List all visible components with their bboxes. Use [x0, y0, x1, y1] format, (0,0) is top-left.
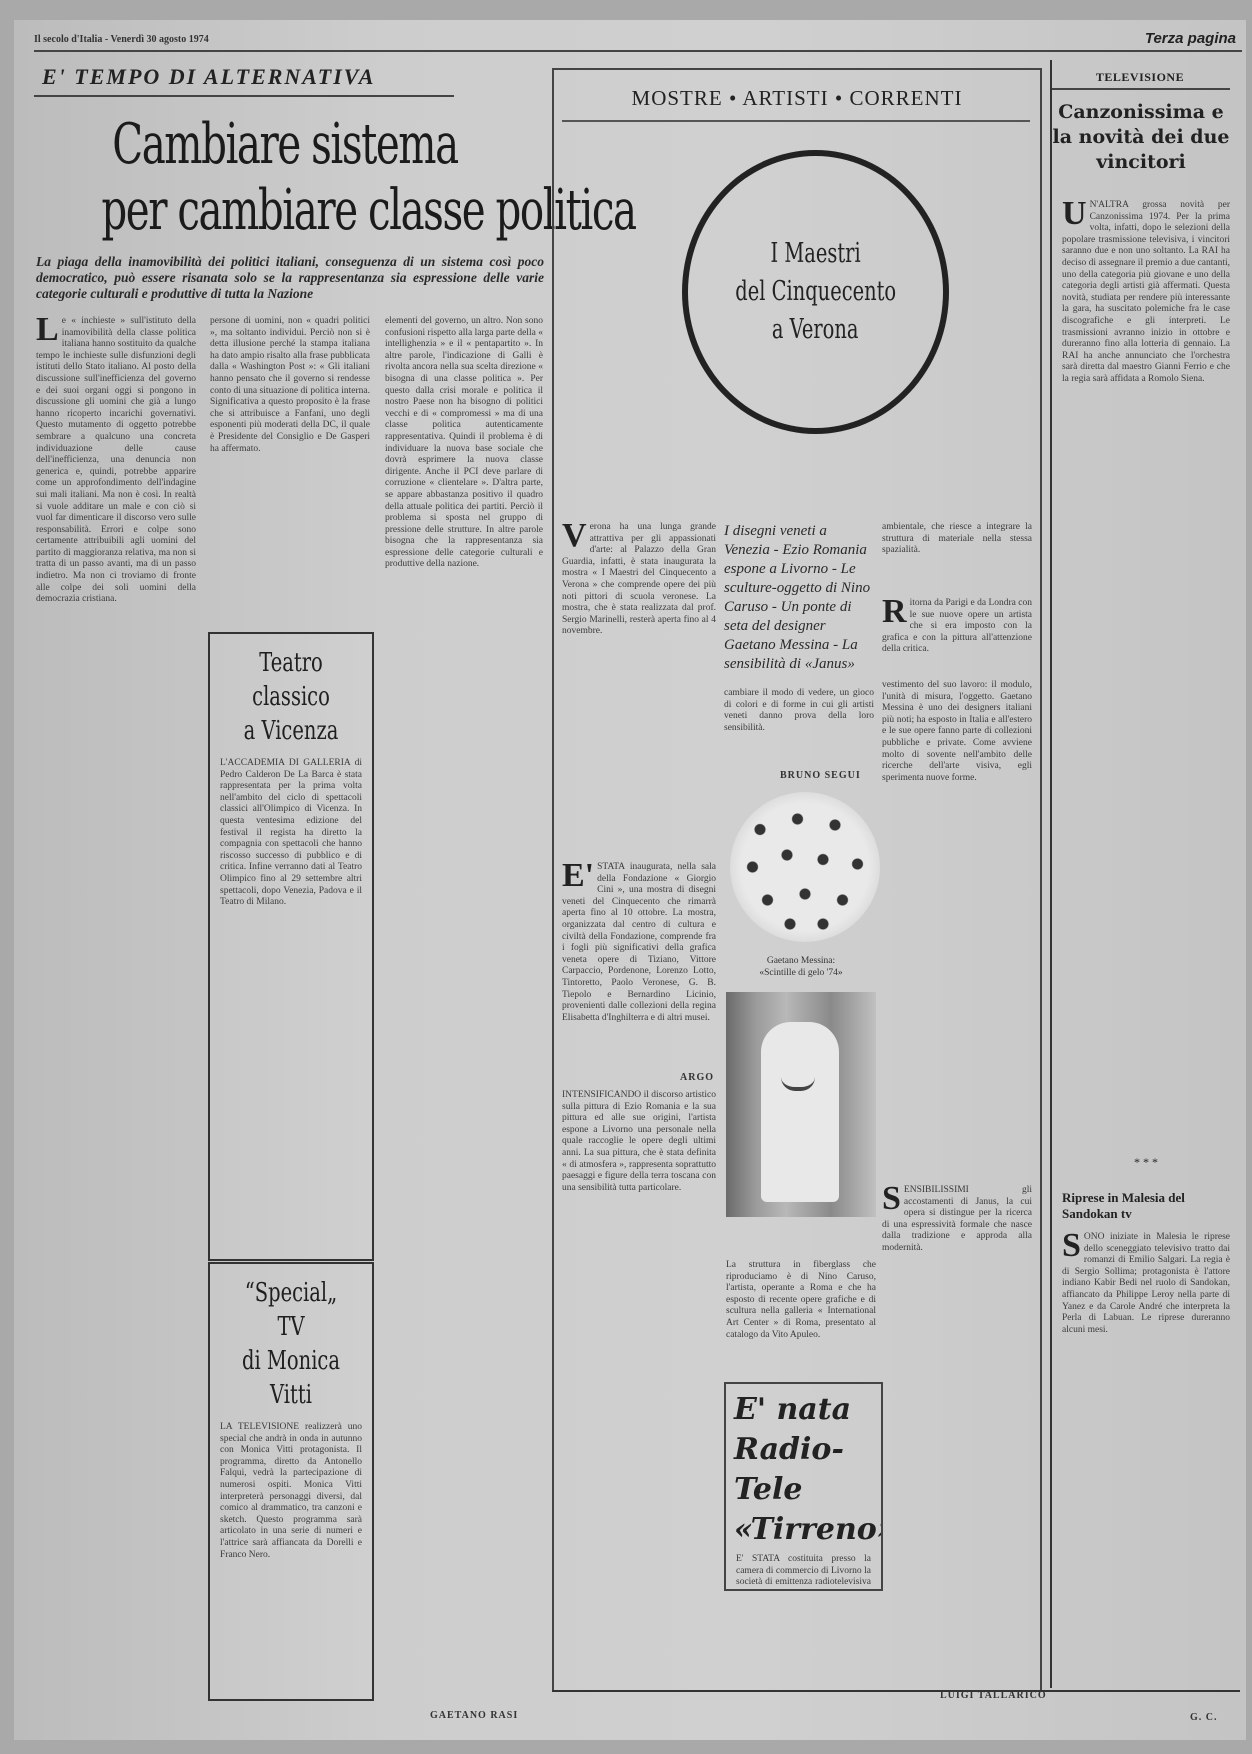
column-text: e « inchieste » sull'istituto della inam… — [36, 316, 196, 604]
mostre-column-c: cambiare il modo di vedere, un gioco di … — [724, 688, 874, 768]
scintille-di-gelo-image — [730, 792, 880, 942]
lead-standfirst: La piaga della inamovibilità dei politic… — [36, 254, 544, 302]
section-stars: * * * — [1062, 1155, 1230, 1170]
bottom-rule — [552, 1690, 1240, 1692]
box-title: Teatro classico a Vicenza — [230, 646, 352, 748]
mostre-column-d: E' STATA inaugurata, nella sala della Fo… — [562, 862, 716, 1022]
mostre-column-e: INTENSIFICANDO il discorso artistico sul… — [562, 1090, 716, 1680]
mostre-column-g: R itorna da Parigi e da Londra con le su… — [882, 598, 1032, 678]
televisione-initials: G. C. — [1190, 1712, 1218, 1723]
mostre-section-title: MOSTRE • ARTISTI • CORRENTI — [552, 86, 1042, 111]
lead-headline: Cambiare sistema per cambiare classe pol… — [30, 112, 540, 252]
mostre-byline-2: ARGO — [680, 1072, 714, 1083]
headline-line-1: Cambiare sistema — [101, 112, 468, 178]
mostre-column-b: ambientale, che riesce a integrare la st… — [882, 522, 1032, 582]
mostre-column-f: vestimento del suo lavoro: il modulo, l'… — [882, 680, 1032, 1060]
caption-caruso: La struttura in fiberglass che riproduci… — [726, 1260, 876, 1378]
kicker-rule — [34, 95, 454, 97]
column-text: persone di uomini, non « quadri politici… — [210, 316, 370, 454]
televisione-label: TELEVISIONE — [1060, 70, 1220, 85]
sandokan-title: Riprese in Malesia del Sandokan tv — [1062, 1190, 1230, 1222]
column-text: elementi del governo, un altro. Non sono… — [385, 316, 543, 569]
caption-scintille: Gaetano Messina: «Scintille di gelo '74» — [726, 955, 876, 979]
box-title: “Special„ TV di Monica Vitti — [230, 1276, 352, 1412]
televisione-body: U N'ALTRA grossa novità per Canzonissima… — [1062, 200, 1230, 1070]
televisione-rule — [1052, 88, 1230, 90]
mostre-rule — [562, 120, 1030, 122]
lead-byline: GAETANO RASI — [430, 1710, 518, 1721]
lead-column-3: elementi del governo, un altro. Non sono… — [385, 316, 543, 1676]
sculpture-photo — [726, 992, 876, 1217]
box-teatro-classico: Teatro classico a Vicenza L'ACCADEMIA DI… — [208, 632, 374, 1261]
mostre-column-a: V erona ha una lunga grande attrattiva p… — [562, 522, 716, 780]
masthead-rule — [34, 50, 1242, 52]
box-body: L'ACCADEMIA DI GALLERIA di Pedro Caldero… — [210, 758, 372, 909]
box-body: E' STATA costituita presso la camera di … — [726, 1554, 881, 1591]
sandokan-body: S ONO iniziate in Malesia le riprese del… — [1062, 1232, 1230, 1672]
box-title: E' nata Radio-Tele «Tirreno» — [726, 1384, 881, 1554]
dropcap: L — [36, 316, 62, 344]
box-body: LA TELEVISIONE realizzerà uno special ch… — [210, 1422, 372, 1561]
televisione-title: Canzonissima e la novità dei due vincito… — [1052, 100, 1230, 175]
masthead-date: Il secolo d'Italia - Venerdì 30 agosto 1… — [34, 34, 209, 45]
box-special-tv: “Special„ TV di Monica Vitti LA TELEVISI… — [208, 1262, 374, 1701]
mostre-summary: I disegni veneti a Venezia - Ezio Romani… — [724, 522, 872, 674]
lead-column-1: L e « inchieste » sull'istituto della in… — [36, 316, 196, 1686]
lead-column-2: persone di uomini, non « quadri politici… — [210, 316, 370, 626]
televisione-divider — [1050, 60, 1052, 1688]
verona-circle-title: I Maestri del Cinquecento a Verona — [682, 150, 949, 434]
lead-kicker: E' TEMPO DI ALTERNATIVA — [42, 64, 375, 90]
masthead-section: Terza pagina — [1145, 30, 1236, 47]
box-radio-tele-tirreno: E' nata Radio-Tele «Tirreno» E' STATA co… — [724, 1382, 883, 1591]
mostre-column-h: S ENSIBILISSIMI gli accostamenti di Janu… — [882, 1185, 1032, 1625]
mostre-byline-1: BRUNO SEGUI — [780, 770, 861, 781]
headline-line-2: per cambiare classe politica — [101, 178, 468, 244]
